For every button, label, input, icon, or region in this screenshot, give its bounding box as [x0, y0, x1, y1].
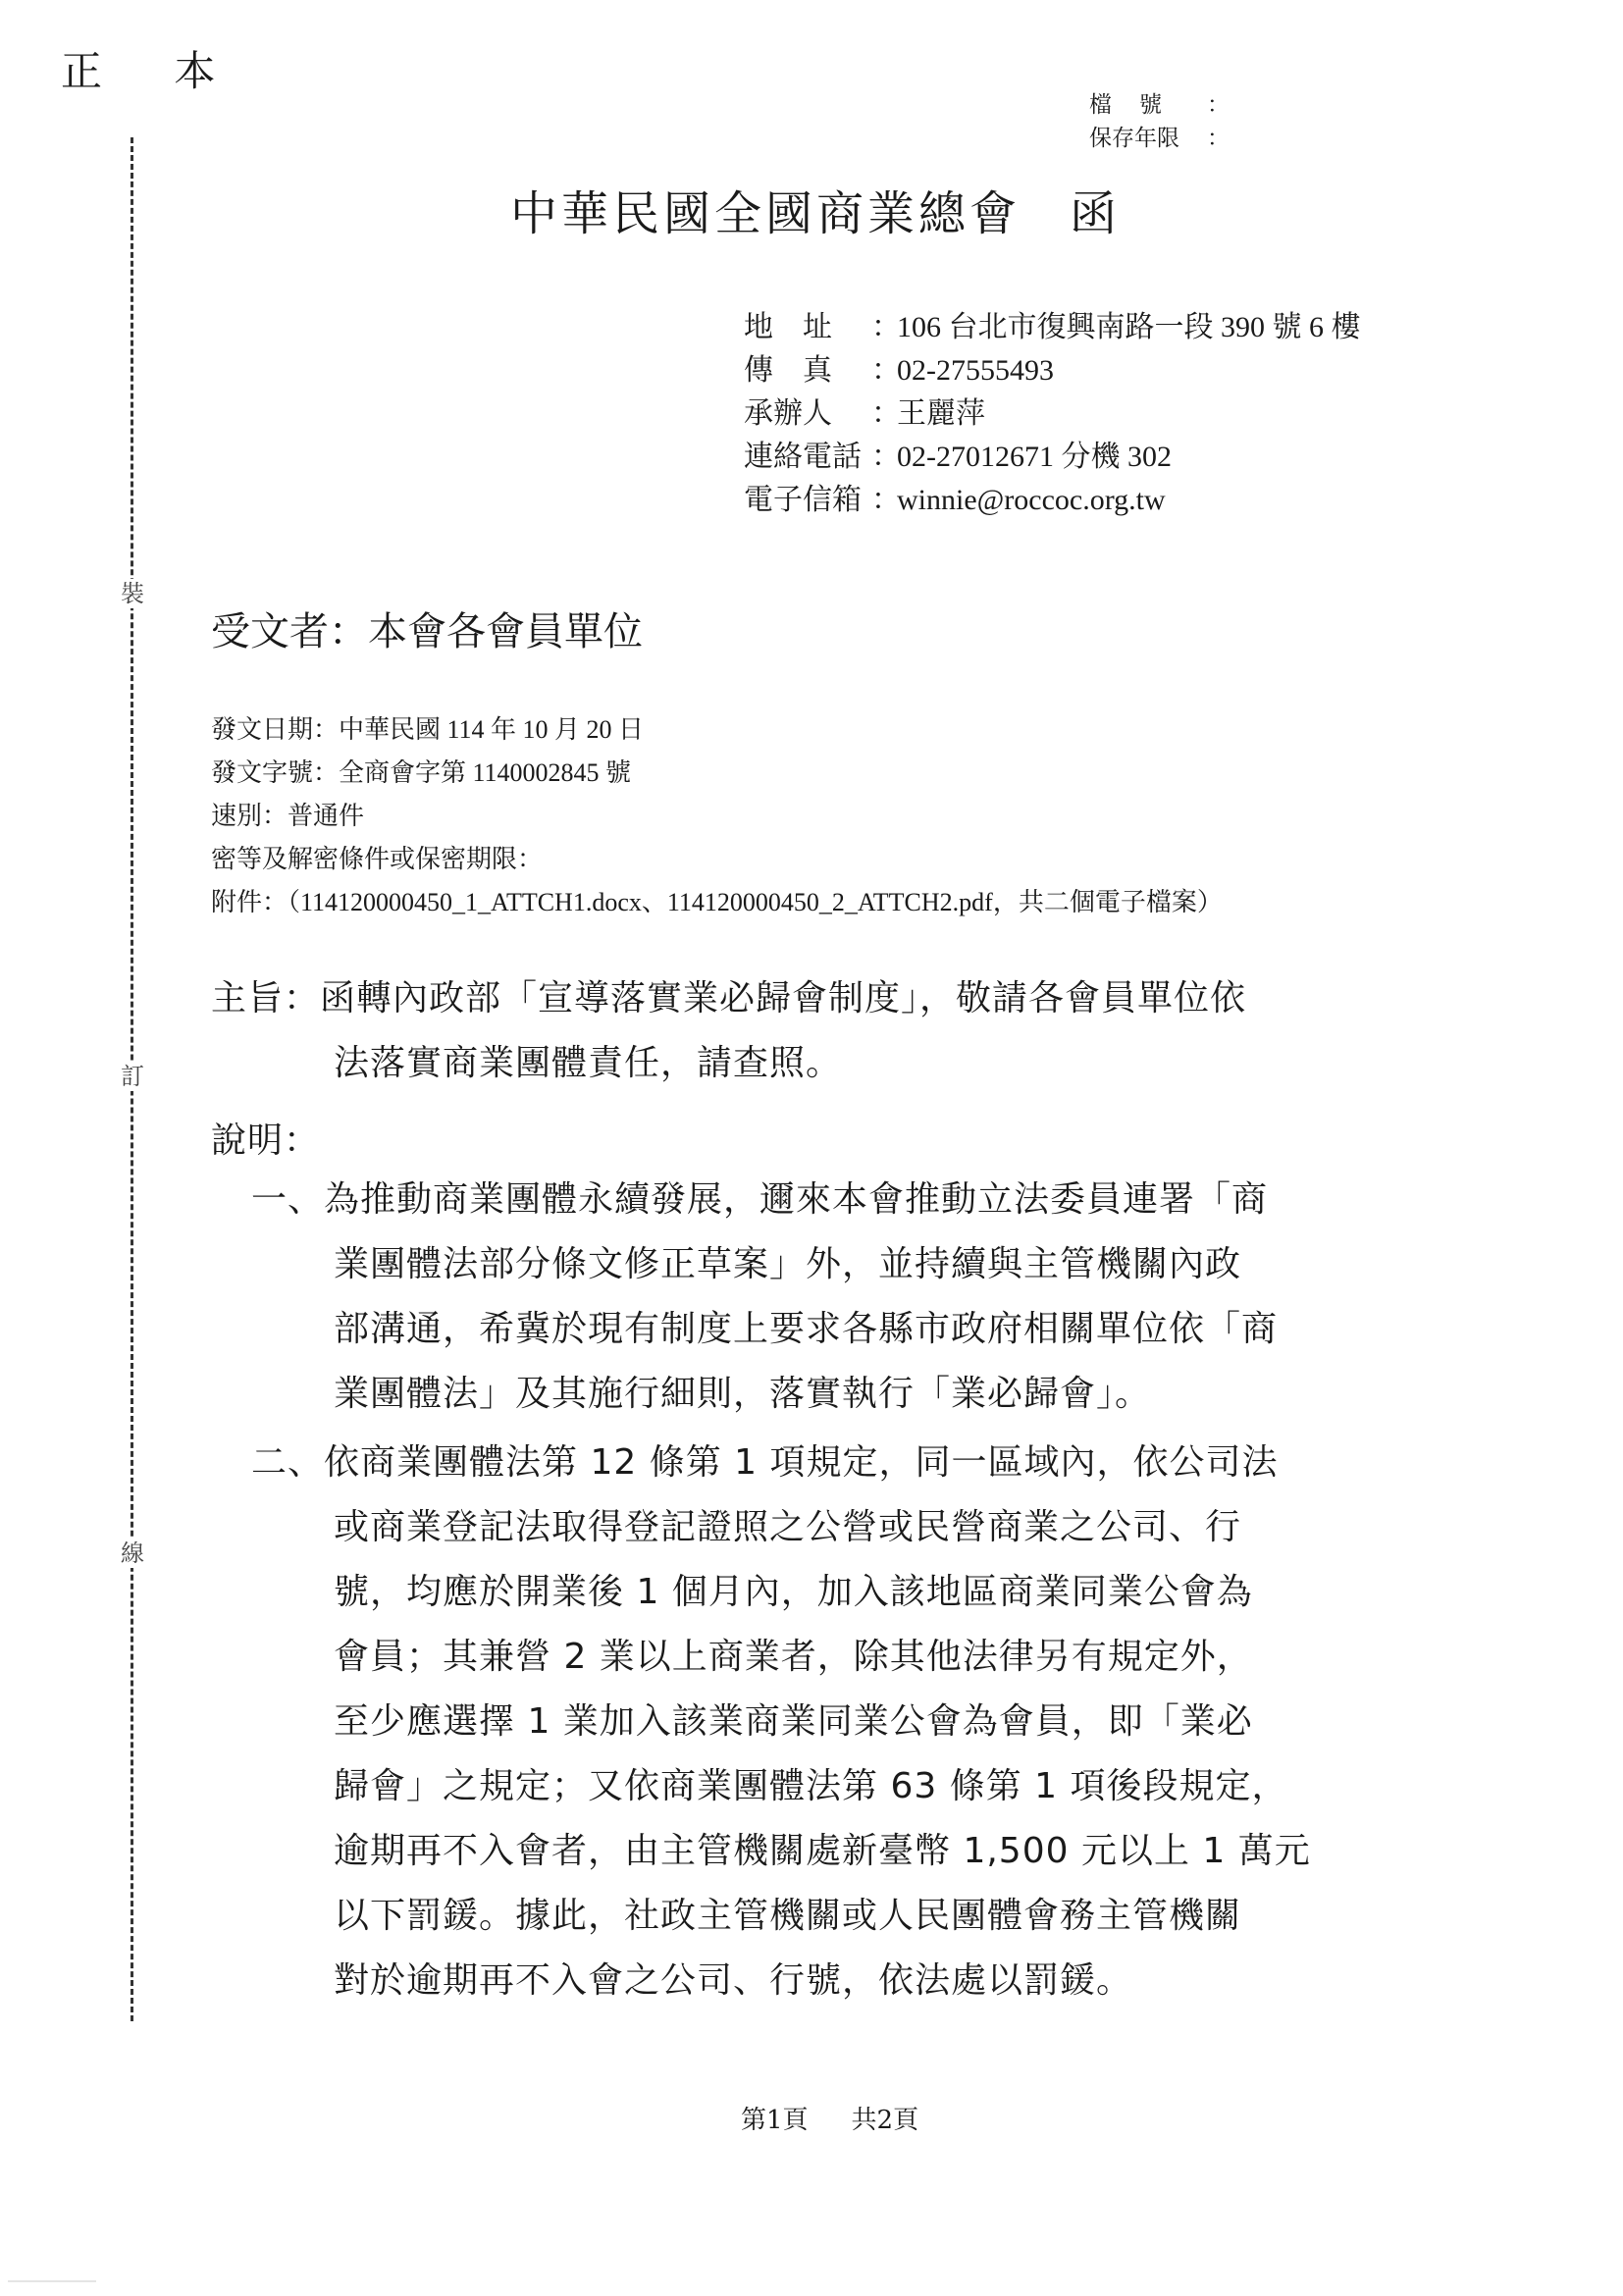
item-number: 一、 — [251, 1179, 324, 1220]
subject: 主旨：函轉內政部「宣導落實業必歸會制度」，敬請各會員單位依 法落實商業團體責任，… — [211, 966, 1487, 1096]
email-label: 電子信箱 — [744, 479, 871, 522]
email-value[interactable]: winnie@roccoc.org.tw — [897, 479, 1166, 522]
priority: 普通件 — [288, 802, 364, 830]
fax-value: 02-27555493 — [897, 349, 1054, 392]
explanation-item-2: 二、依商業團體法第 12 條第 1 項規定，同一區域內，依公司法 或商業登記法取… — [251, 1431, 1507, 2013]
phone-value: 02-27012671 分機 302 — [897, 436, 1172, 479]
file-number-colon: ： — [1207, 88, 1230, 122]
file-number-label: 檔號 — [1089, 88, 1207, 122]
page-total: 共2頁 — [852, 2106, 919, 2135]
document-meta: 發文日期：中華民國 114 年 10 月 20 日 發文字號：全商會字第 114… — [211, 708, 1223, 924]
email-row: 電子信箱 ： winnie@roccoc.org.tw — [744, 479, 1361, 522]
attachment-row: 附件：（114120000450_1_ATTCH1.docx、114120000… — [211, 881, 1223, 924]
document-number-row: 發文字號：全商會字第 1140002845 號 — [211, 752, 1223, 795]
scan-edge-mark — [8, 2280, 96, 2282]
address-value: 106 台北市復興南路一段 390 號 6 樓 — [897, 306, 1361, 349]
explanation-label: 說明： — [211, 1109, 1487, 1174]
document-type: 函 — [1070, 186, 1121, 241]
fax-label: 傳 真 — [744, 349, 871, 392]
handler-row: 承辦人 ： 王麗萍 — [744, 392, 1361, 436]
sender-contact-block: 地 址 ： 106 台北市復興南路一段 390 號 6 樓 傳 真 ： 02-2… — [744, 306, 1361, 522]
page-number: 第1頁 — [741, 2106, 809, 2135]
binding-label-bind: 裝 — [118, 579, 147, 608]
recipient-value: 本會各會員單位 — [368, 609, 643, 654]
phone-row: 連絡電話 ： 02-27012671 分機 302 — [744, 436, 1361, 479]
retention-row: 保存年限 ： — [1089, 122, 1230, 155]
organization-name: 中華民國全國商業總會 — [510, 186, 1021, 241]
handler-value: 王麗萍 — [897, 392, 985, 436]
phone-label: 連絡電話 — [744, 436, 871, 479]
issue-date: 中華民國 114 年 10 月 20 日 — [339, 715, 644, 744]
address-label: 地 址 — [744, 306, 871, 349]
binding-label-line: 線 — [118, 1539, 147, 1568]
document-number: 全商會字第 1140002845 號 — [339, 758, 631, 787]
explanation-item-1: 一、為推動商業團體永續發展，邇來本會推動立法委員連署「商 業團體法部分條文修正草… — [251, 1168, 1507, 1427]
recipient-label: 受文者： — [211, 609, 368, 654]
confidentiality-row: 密等及解密條件或保密期限： — [211, 838, 1223, 881]
document-title: 中華民國全國商業總會函 — [510, 184, 1121, 243]
subject-line-2: 法落實商業團體責任，請查照。 — [211, 1031, 1487, 1096]
recipient: 受文者：本會各會員單位 — [211, 604, 643, 659]
attachment-list[interactable]: （114120000450_1_ATTCH1.docx、114120000450… — [288, 888, 1223, 916]
subject-line-1: 主旨：函轉內政部「宣導落實業必歸會制度」，敬請各會員單位依 — [211, 966, 1487, 1031]
priority-row: 速別：普通件 — [211, 795, 1223, 838]
address-row: 地 址 ： 106 台北市復興南路一段 390 號 6 樓 — [744, 306, 1361, 349]
retention-label: 保存年限 — [1089, 122, 1207, 155]
retention-colon: ： — [1207, 122, 1230, 155]
item-number: 二、 — [251, 1442, 324, 1483]
subject-label: 主旨： — [211, 978, 320, 1018]
original-copy-mark: 正 本 — [61, 51, 244, 92]
issue-date-row: 發文日期：中華民國 114 年 10 月 20 日 — [211, 708, 1223, 752]
file-number-row: 檔號 ： — [1089, 88, 1230, 122]
fax-row: 傳 真 ： 02-27555493 — [744, 349, 1361, 392]
file-info: 檔號 ： 保存年限 ： — [1089, 88, 1230, 155]
page-footer: 第1頁共2頁 — [741, 2100, 918, 2136]
handler-label: 承辦人 — [744, 392, 871, 436]
binding-label-staple: 訂 — [118, 1062, 147, 1091]
